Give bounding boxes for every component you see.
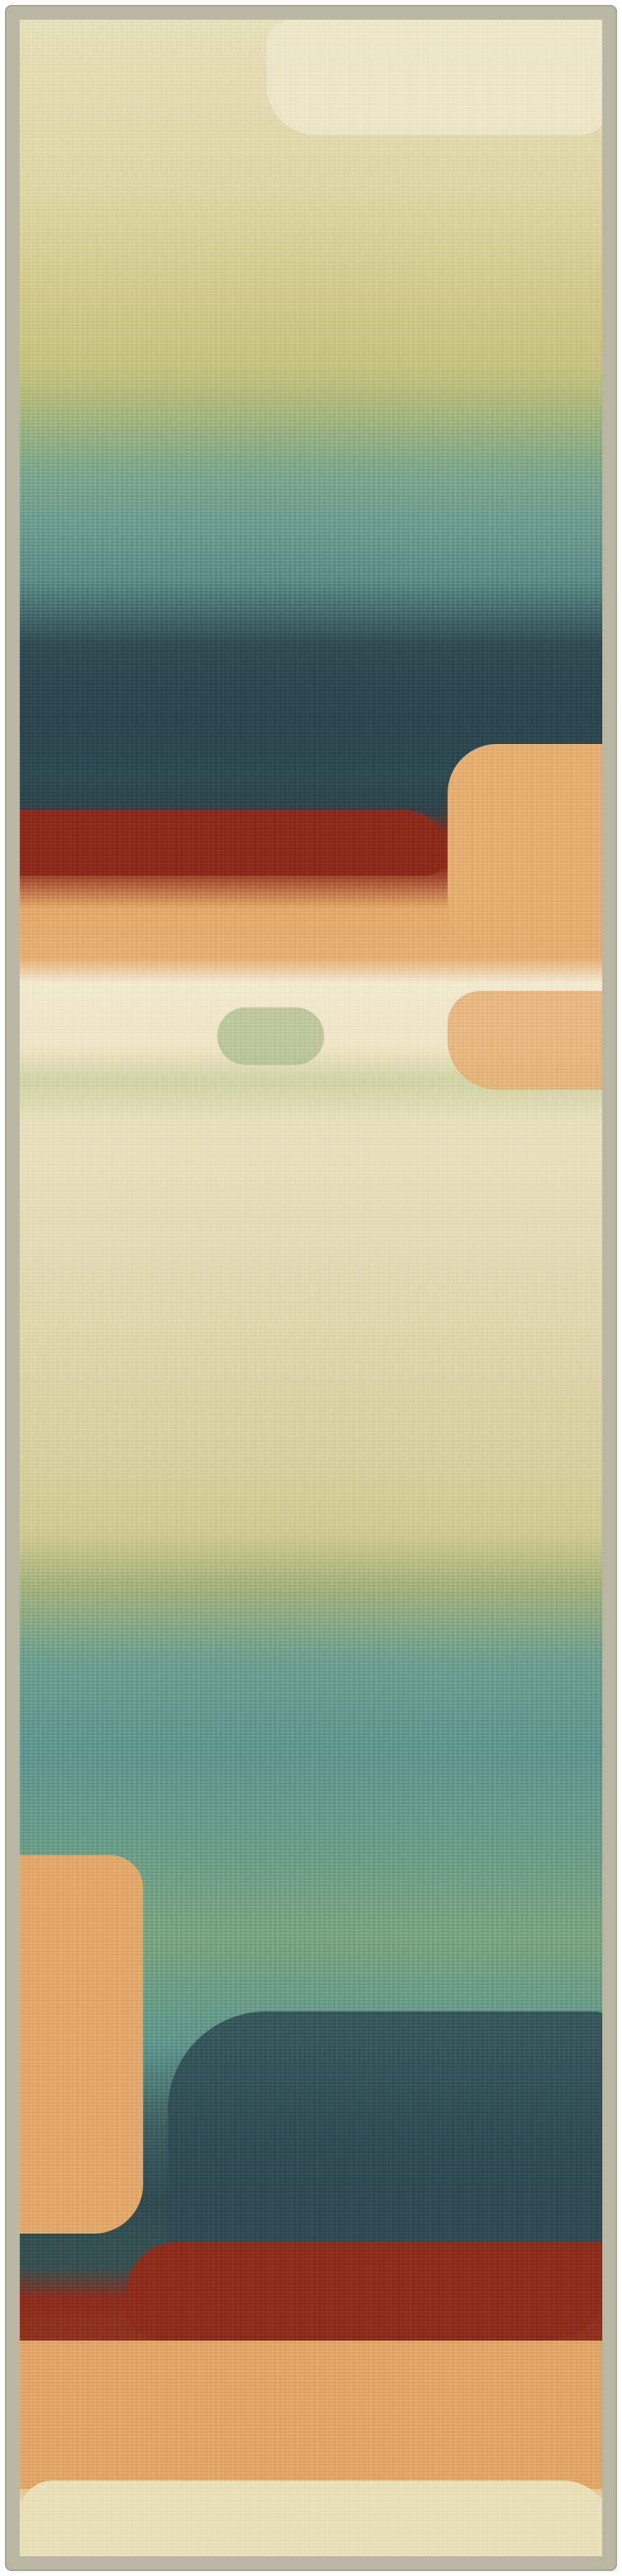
- rug-runner: [5, 5, 617, 2571]
- pile-texture: [20, 20, 602, 2556]
- rug-field: [20, 20, 602, 2556]
